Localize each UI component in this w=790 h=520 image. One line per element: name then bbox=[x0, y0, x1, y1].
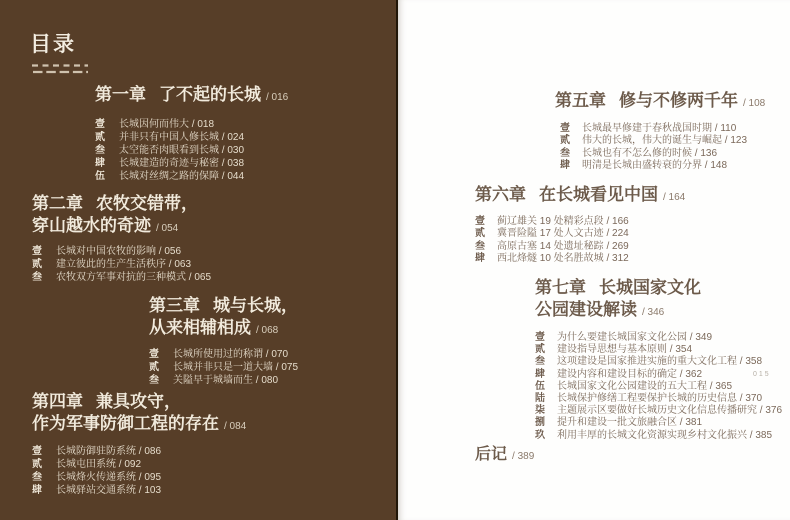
toc-entry: 贰建设指导思想与基本原则 / 354 bbox=[535, 340, 782, 352]
toc-entry: 肆明清是长城由盛转衰的分界 / 148 bbox=[560, 156, 765, 168]
entry-title: 利用丰厚的长城文化资源实现乡村文化振兴 / 385 bbox=[557, 426, 772, 441]
toc-entry: 叁太空能否肉眼看到长城 / 030 bbox=[95, 141, 288, 154]
dashed-seal-decoration-icon bbox=[32, 62, 88, 80]
chapter-2-heading: 第二章农牧交错带， 穿山越水的奇迹/ 054 bbox=[32, 193, 211, 240]
chapter-label: 第一章 bbox=[95, 85, 146, 104]
chapter-1-items: 壹长城因何而伟大 / 018 贰并非只有中国人修长城 / 024 叁太空能否肉眼… bbox=[95, 115, 288, 180]
chapter-title-line1: 兼具攻守， bbox=[96, 392, 181, 411]
chapter-6-block: 第六章在长城看见中国/ 164 壹蓟辽雄关 19 处精彩点段 / 166 贰冀晋… bbox=[475, 184, 685, 262]
toc-entry: 壹长城对中国农牧的影响 / 056 bbox=[32, 242, 211, 255]
chapter-title: 修与不修两千年 bbox=[619, 91, 738, 110]
chapter-4-block: 第四章兼具攻守， 作为军事防御工程的存在/ 084 壹长城防御驻防系统 / 08… bbox=[32, 391, 246, 494]
entry-title: 西北烽燧 10 处名胜故城 / 312 bbox=[497, 249, 629, 264]
entry-title: 农牧双方军事对抗的三种模式 / 065 bbox=[56, 268, 211, 283]
chapter-label: 第二章 bbox=[32, 194, 83, 213]
toc-entry: 柒主题展示区要做好长城历史文化信息传播研究 / 376 bbox=[535, 401, 782, 413]
chapter-title-line1: 城与长城， bbox=[213, 296, 298, 315]
toc-entry: 叁高原古塞 14 处遗址秘踪 / 269 bbox=[475, 237, 685, 249]
chapter-label: 第七章 bbox=[535, 278, 586, 297]
chapter-4-heading: 第四章兼具攻守， 作为军事防御工程的存在/ 084 bbox=[32, 391, 246, 438]
toc-entry: 壹长城最早修建于春秋战国时期 / 110 bbox=[560, 119, 765, 131]
chapter-title-line1: 农牧交错带， bbox=[96, 194, 198, 213]
chapter-2-block: 第二章农牧交错带， 穿山越水的奇迹/ 054 壹长城对中国农牧的影响 / 056… bbox=[32, 193, 211, 281]
folio-page-number: 015 bbox=[753, 371, 771, 378]
toc-entry: 贰长城并非只是一道大墙 / 075 bbox=[149, 358, 298, 371]
toc-entry: 肆长城建造的奇迹与秘密 / 038 bbox=[95, 154, 288, 167]
entry-ordinal: 肆 bbox=[560, 156, 582, 171]
toc-entry: 贰并非只有中国人修长城 / 024 bbox=[95, 128, 288, 141]
chapter-4-items: 壹长城防御驻防系统 / 086 贰长城屯田系统 / 092 叁长城烽火传递系统 … bbox=[32, 442, 246, 494]
chapter-7-block: 第七章长城国家文化 公园建设解读/ 346 壹为什么要建长城国家文化公园 / 3… bbox=[535, 277, 782, 438]
toc-entry: 叁这项建设是国家推进实施的重大文化工程 / 358 bbox=[535, 352, 782, 364]
toc-entry: 壹长城防御驻防系统 / 086 bbox=[32, 442, 246, 455]
afterword-page-number: / 389 bbox=[512, 451, 534, 462]
toc-entry: 壹长城所使用过的称谓 / 070 bbox=[149, 345, 298, 358]
toc-entry: 贰长城屯田系统 / 092 bbox=[32, 455, 246, 468]
chapter-title-line2: 穿山越水的奇迹 bbox=[32, 216, 151, 235]
chapter-page-number: / 084 bbox=[224, 421, 246, 432]
chapter-title: 在长城看见中国 bbox=[539, 185, 658, 204]
toc-entry: 贰建立彼此的生产生活秩序 / 063 bbox=[32, 255, 211, 268]
chapter-5-items: 壹长城最早修建于春秋战国时期 / 110 贰伟大的长城，伟大的诞生与崛起 / 1… bbox=[560, 119, 765, 169]
toc-entry: 叁关隘早于城墙而生 / 080 bbox=[149, 371, 298, 384]
toc-entry: 玖利用丰厚的长城文化资源实现乡村文化振兴 / 385 bbox=[535, 426, 782, 438]
toc-title: 目录 bbox=[30, 28, 76, 58]
chapter-page-number: / 108 bbox=[743, 98, 765, 109]
chapter-title-line1: 长城国家文化 bbox=[599, 278, 701, 297]
toc-entry: 伍长城国家文化公园建设的五大工程 / 365 bbox=[535, 377, 782, 389]
chapter-label: 第五章 bbox=[555, 91, 606, 110]
toc-entry: 肆西北烽燧 10 处名胜故城 / 312 bbox=[475, 249, 685, 261]
afterword-entry: 后记/ 389 bbox=[475, 441, 534, 464]
chapter-5-heading: 第五章修与不修两千年/ 108 bbox=[555, 90, 765, 115]
toc-entry: 壹长城因何而伟大 / 018 bbox=[95, 115, 288, 128]
toc-entry: 贰伟大的长城，伟大的诞生与崛起 / 123 bbox=[560, 131, 765, 143]
chapter-3-items: 壹长城所使用过的称谓 / 070 贰长城并非只是一道大墙 / 075 叁关隘早于… bbox=[149, 345, 298, 384]
chapter-page-number: / 346 bbox=[642, 307, 664, 318]
chapter-title-line2: 公园建设解读 bbox=[535, 300, 637, 319]
toc-entry: 贰冀晋险隘 17 处人文古迹 / 224 bbox=[475, 224, 685, 236]
chapter-3-heading: 第三章城与长城， 从来相辅相成/ 068 bbox=[149, 295, 298, 342]
chapter-1-heading: 第一章了不起的长城/ 016 bbox=[95, 84, 288, 109]
chapter-label: 第三章 bbox=[149, 296, 200, 315]
toc-entry: 伍长城对丝绸之路的保障 / 044 bbox=[95, 167, 288, 180]
chapter-page-number: / 068 bbox=[256, 325, 278, 336]
entry-ordinal: 叁 bbox=[32, 268, 56, 283]
chapter-page-number: / 016 bbox=[266, 92, 288, 103]
toc-page-right: 第五章修与不修两千年/ 108 壹长城最早修建于春秋战国时期 / 110 贰伟大… bbox=[398, 0, 790, 520]
toc-entry: 陆长城保护修缮工程要保护长城的历史信息 / 370 bbox=[535, 389, 782, 401]
chapter-title-line2: 从来相辅相成 bbox=[149, 318, 251, 337]
chapter-7-items: 壹为什么要建长城国家文化公园 / 349 贰建设指导思想与基本原则 / 354 … bbox=[535, 328, 782, 438]
toc-entry: 肆长城驿站交通系统 / 103 bbox=[32, 481, 246, 494]
entry-title: 长城驿站交通系统 / 103 bbox=[56, 481, 161, 496]
chapter-1-block: 第一章了不起的长城/ 016 壹长城因何而伟大 / 018 贰并非只有中国人修长… bbox=[95, 84, 288, 180]
entry-title: 明清是长城由盛转衰的分界 / 148 bbox=[582, 156, 727, 171]
chapter-6-heading: 第六章在长城看见中国/ 164 bbox=[475, 184, 685, 209]
chapter-label: 第六章 bbox=[475, 185, 526, 204]
entry-ordinal: 玖 bbox=[535, 426, 557, 441]
toc-entry: 壹为什么要建长城国家文化公园 / 349 bbox=[535, 328, 782, 340]
toc-entry: 壹蓟辽雄关 19 处精彩点段 / 166 bbox=[475, 212, 685, 224]
chapter-5-block: 第五章修与不修两千年/ 108 壹长城最早修建于春秋战国时期 / 110 贰伟大… bbox=[555, 90, 765, 169]
book-toc-spread: 目录 第一章了不起的长城/ 016 壹长城因何而伟大 / 018 贰并非只有中国… bbox=[0, 0, 790, 520]
chapter-6-items: 壹蓟辽雄关 19 处精彩点段 / 166 贰冀晋险隘 17 处人文古迹 / 22… bbox=[475, 212, 685, 262]
entry-ordinal: 肆 bbox=[32, 481, 56, 496]
chapter-7-heading: 第七章长城国家文化 公园建设解读/ 346 bbox=[535, 277, 782, 324]
chapter-page-number: / 054 bbox=[156, 223, 178, 234]
entry-ordinal: 叁 bbox=[149, 371, 173, 386]
chapter-title-line2: 作为军事防御工程的存在 bbox=[32, 414, 219, 433]
toc-page-left: 目录 第一章了不起的长城/ 016 壹长城因何而伟大 / 018 贰并非只有中国… bbox=[0, 0, 398, 520]
toc-entry: 叁长城烽火传递系统 / 095 bbox=[32, 468, 246, 481]
entry-ordinal: 伍 bbox=[95, 167, 119, 182]
chapter-2-items: 壹长城对中国农牧的影响 / 056 贰建立彼此的生产生活秩序 / 063 叁农牧… bbox=[32, 242, 211, 281]
chapter-3-block: 第三章城与长城， 从来相辅相成/ 068 壹长城所使用过的称谓 / 070 贰长… bbox=[149, 295, 298, 384]
toc-entry: 叁农牧双方军事对抗的三种模式 / 065 bbox=[32, 268, 211, 281]
entry-title: 长城对丝绸之路的保障 / 044 bbox=[119, 167, 244, 182]
chapter-title: 了不起的长城 bbox=[159, 85, 261, 104]
afterword-title: 后记 bbox=[475, 446, 507, 463]
chapter-page-number: / 164 bbox=[663, 192, 685, 203]
entry-title: 关隘早于城墙而生 / 080 bbox=[173, 371, 278, 386]
entry-ordinal: 肆 bbox=[475, 249, 497, 264]
chapter-label: 第四章 bbox=[32, 392, 83, 411]
